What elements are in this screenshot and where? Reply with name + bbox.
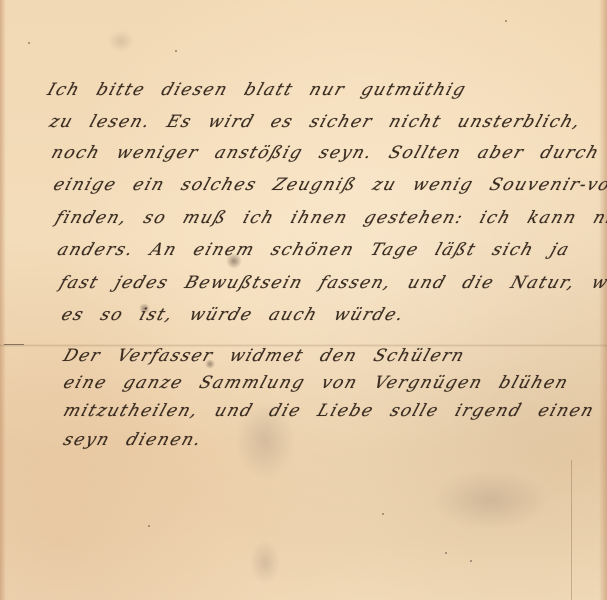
handwritten-line: noch weniger anstößig seyn. Sollten aber… (49, 143, 603, 163)
letter-body: Ich bitte diesen blatt nur gutmüthig zu … (0, 0, 607, 600)
handwritten-line: Der Verfasser widmet den Schülern (61, 346, 468, 366)
handwritten-line: es so ist, würde auch würde. (59, 305, 408, 325)
manuscript-page: Ich bitte diesen blatt nur gutmüthig zu … (0, 0, 607, 600)
handwritten-line: fast jedes Bewußtsein fassen, und die Na… (57, 273, 607, 293)
handwritten-line: Ich bitte diesen blatt nur gutmüthig (45, 80, 469, 100)
handwritten-line: eine ganze Sammlung von Vergnügen blühen (61, 373, 572, 393)
handwritten-line: zu lesen. Es wird es sicher nicht unster… (47, 112, 584, 132)
handwritten-line: finden, so muß ich ihnen gestehen: ich k… (53, 208, 607, 228)
handwritten-line: einige ein solches Zeugniß zu wenig Souv… (51, 175, 607, 195)
handwritten-line: mitzutheilen, und die Liebe solle irgend… (61, 401, 607, 421)
handwritten-line: anders. An einem schönen Tage läßt sich … (55, 240, 573, 260)
handwritten-line: seyn dienen. (61, 430, 205, 450)
